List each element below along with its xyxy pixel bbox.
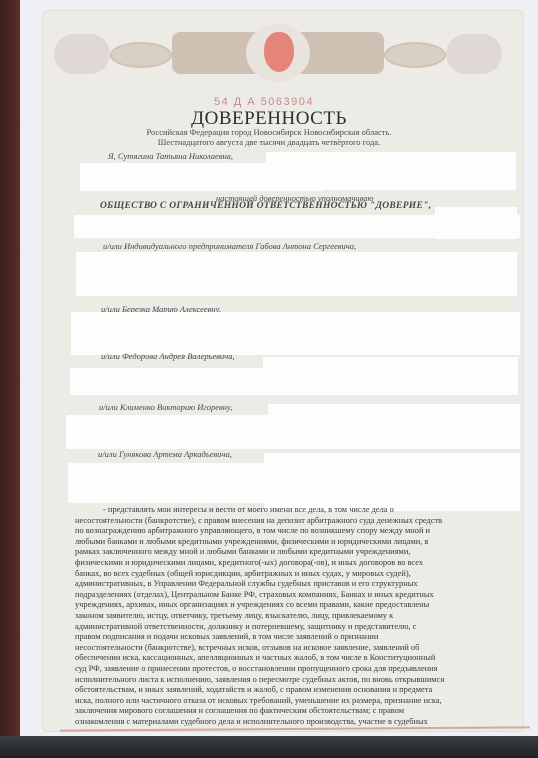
redaction-box bbox=[264, 453, 520, 511]
powers-line: обеспечении иска, кассационных, апелляци… bbox=[75, 653, 527, 664]
powers-line: рамках заключенного между мной и любыми … bbox=[75, 547, 527, 558]
redaction-box bbox=[70, 368, 518, 395]
background-desk-bottom bbox=[0, 736, 538, 758]
powers-line: любыми банками и любыми кредитными учреж… bbox=[75, 537, 527, 548]
powers-line: правом подписания и подачи исковых заявл… bbox=[75, 632, 527, 643]
powers-line: подразделениях (отделах), Центральном Ба… bbox=[75, 590, 527, 601]
powers-line: заключения мирового соглашения и соглаше… bbox=[75, 706, 527, 717]
powers-line: административных, в Управлении Федеральн… bbox=[75, 579, 527, 590]
redaction-box bbox=[76, 252, 517, 296]
powers-line: несостоятельности (банкротстве), с право… bbox=[75, 516, 527, 527]
powers-line: банках, во всех судебных (общей юрисдикц… bbox=[75, 569, 527, 580]
rosette-left-ornament bbox=[54, 34, 110, 74]
powers-line: иска, полного или частичного отказа от и… bbox=[75, 696, 527, 707]
powers-line: административной ответственности, должни… bbox=[75, 622, 527, 633]
redaction-box bbox=[71, 312, 520, 355]
serial-number: 54 Д А 5063904 bbox=[214, 96, 314, 108]
powers-line: учреждениях, архивах, иных организациях … bbox=[75, 600, 527, 611]
redaction-box bbox=[68, 463, 268, 503]
date-line: Шестнадцатого августа две тысячи двадцат… bbox=[0, 137, 538, 147]
place-line: Российская Федерация город Новосибирск Н… bbox=[0, 127, 538, 137]
powers-line: - представлять мои интересы и вести от м… bbox=[75, 505, 527, 516]
representative-4: и/или Клименко Викторию Игоревну, bbox=[99, 402, 232, 412]
powers-paragraph: - представлять мои интересы и вести от м… bbox=[75, 505, 527, 727]
powers-line: по вознаграждению арбитражного управляющ… bbox=[75, 526, 527, 537]
principal-name: Я, Сутягина Татьяна Николаевна, bbox=[108, 151, 233, 161]
redaction-box bbox=[80, 163, 324, 191]
coat-of-arms-icon bbox=[264, 32, 294, 72]
company-name: ОБЩЕСТВО С ОГРАНИЧЕННОЙ ОТВЕТСТВЕННОСТЬЮ… bbox=[100, 201, 431, 211]
powers-line: физическими и юридическими лицами, креди… bbox=[75, 558, 527, 569]
powers-line: несостоятельности (банкротстве), встречн… bbox=[75, 643, 527, 654]
powers-line: исполнительного листа к исполнению, заяв… bbox=[75, 675, 527, 686]
guilloche-banner bbox=[52, 28, 504, 80]
oval-right-ornament bbox=[384, 42, 446, 68]
powers-line: законом заявителю, истцу, ответчику, тре… bbox=[75, 611, 527, 622]
representative-5: и/или Гунякова Артема Аркадьевича, bbox=[98, 449, 232, 459]
redaction-box bbox=[74, 215, 520, 238]
representative-1: и/или Индивидуального предпринимателя Га… bbox=[103, 241, 356, 251]
powers-line: обстоятельствам, и иных заявлений, ходат… bbox=[75, 685, 527, 696]
representative-3: и/или Федорова Андрея Валерьевича, bbox=[101, 351, 235, 361]
powers-line: суд РФ, заявление о принесении протестов… bbox=[75, 664, 527, 675]
oval-left-ornament bbox=[110, 42, 172, 68]
redaction-box bbox=[66, 440, 520, 448]
rosette-right-ornament bbox=[446, 34, 502, 74]
